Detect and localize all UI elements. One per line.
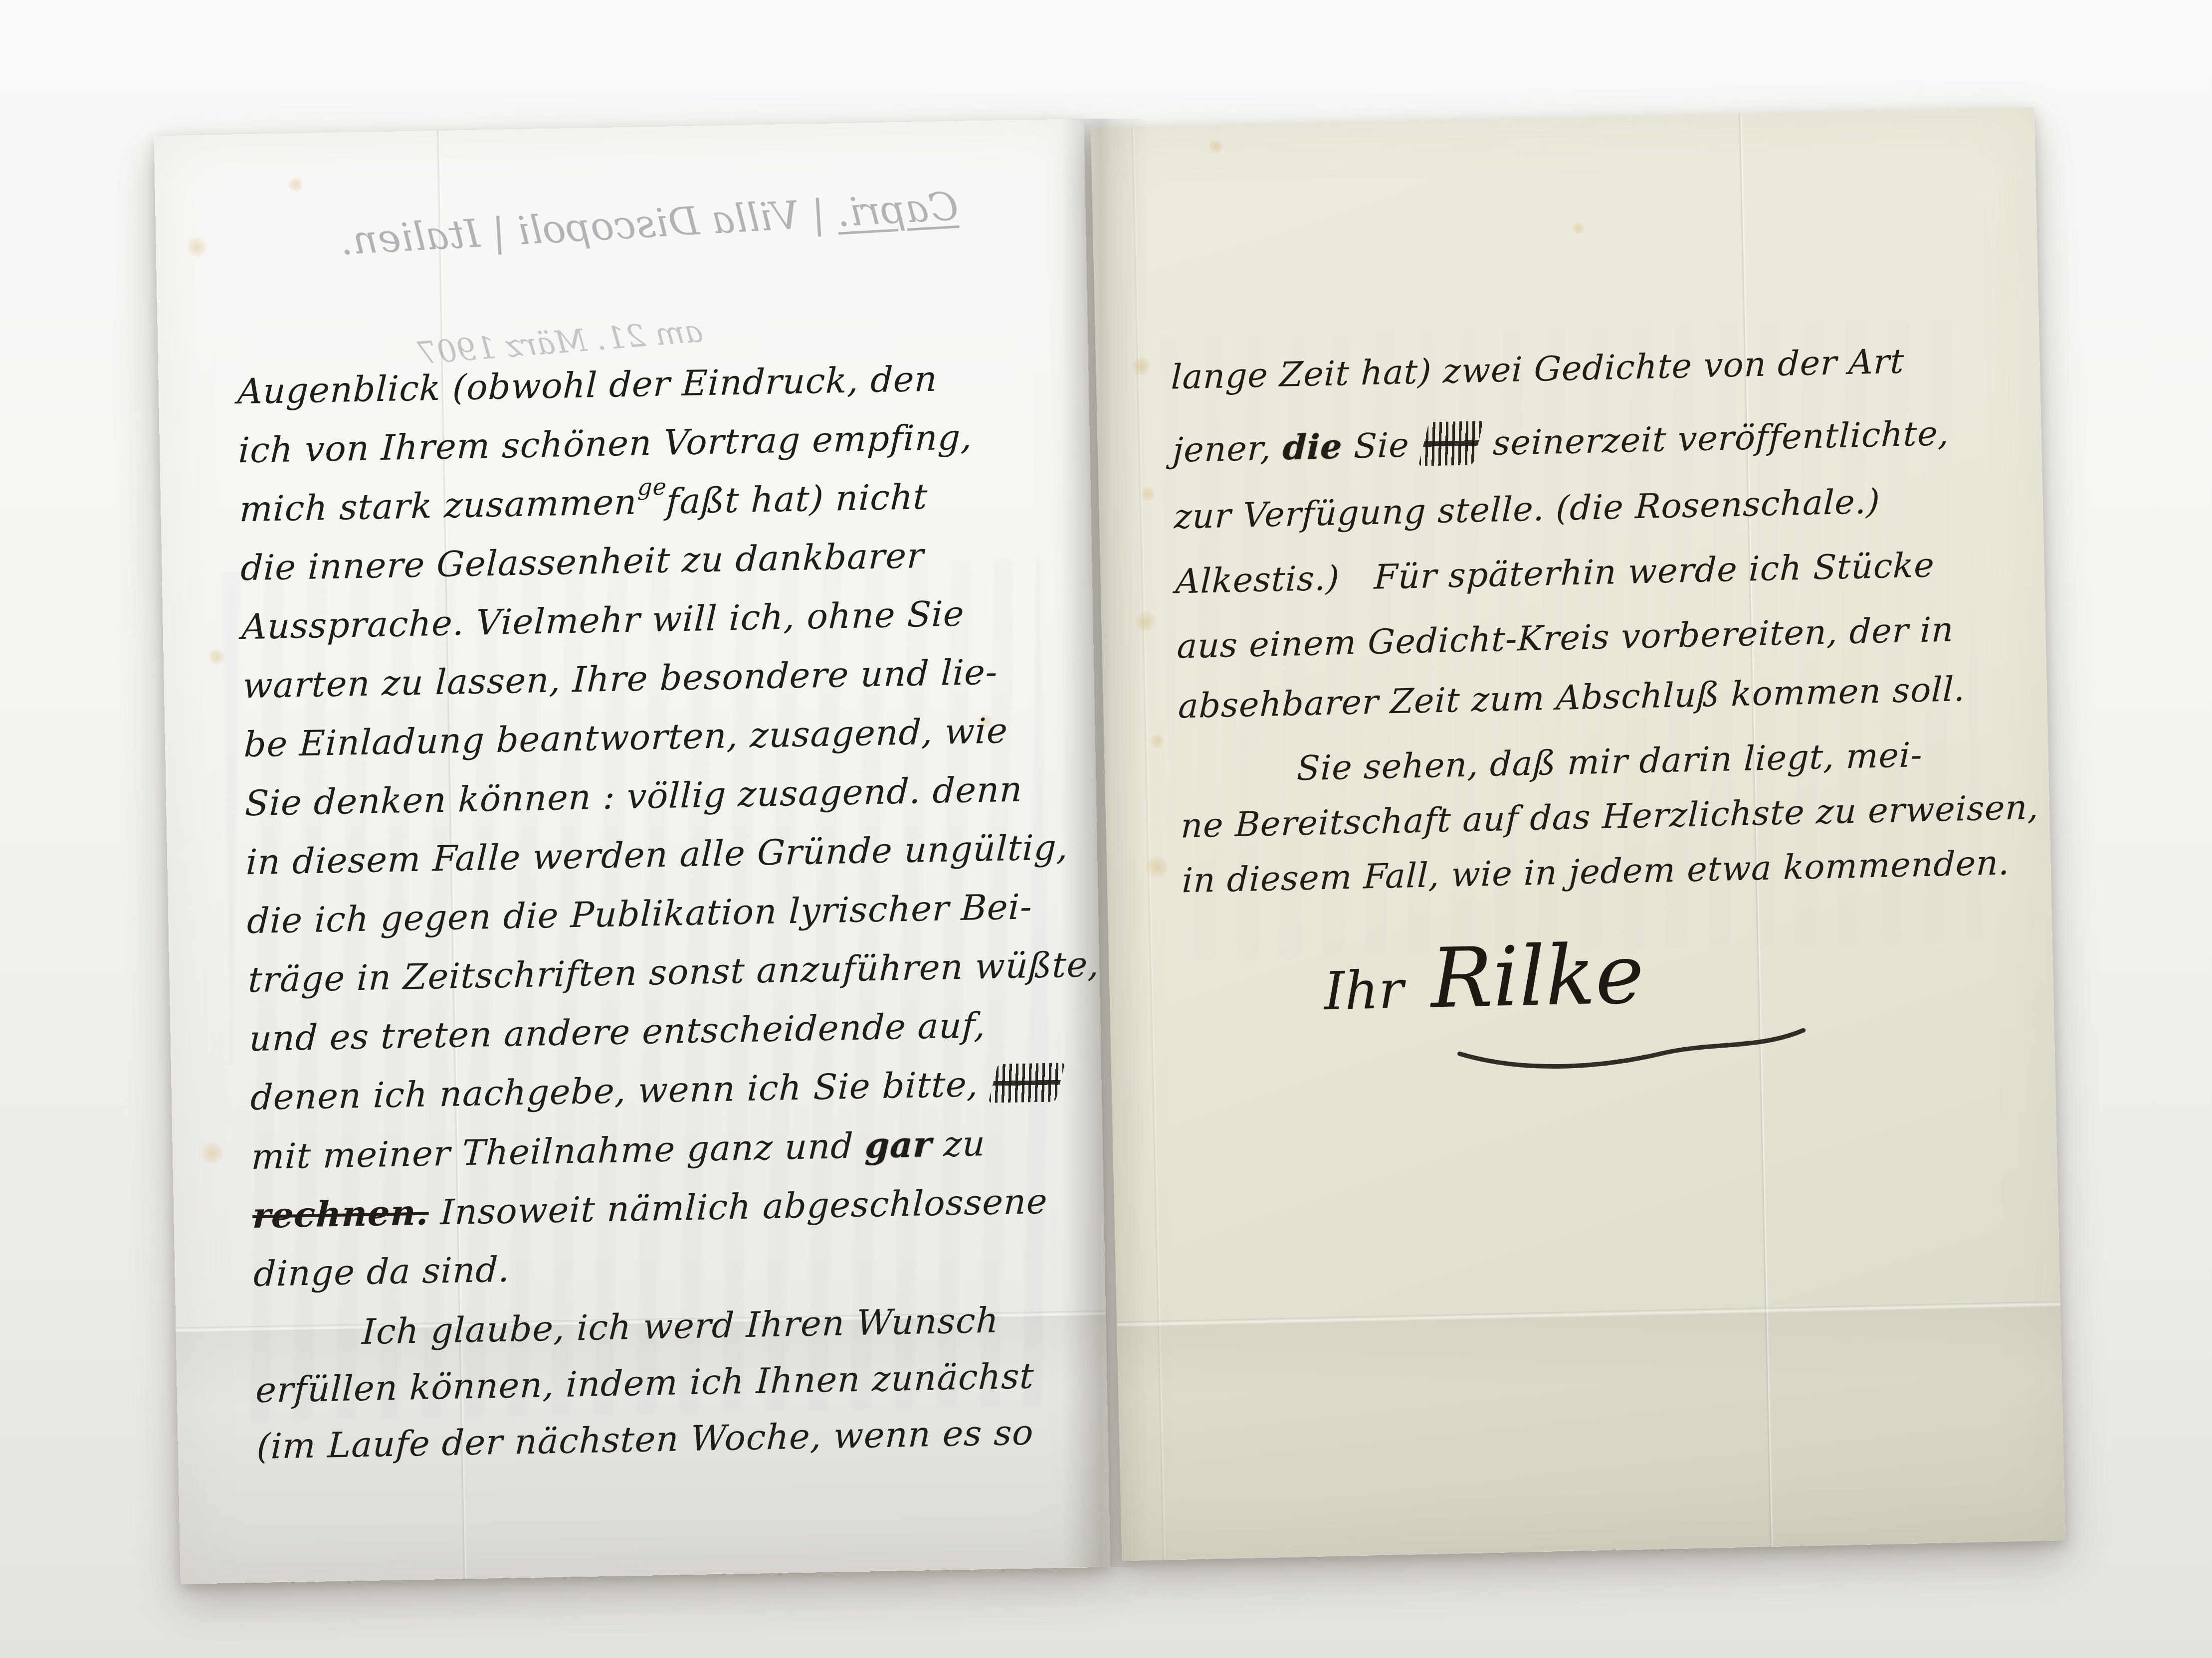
- foxing-spot: [1150, 734, 1165, 749]
- signature-flourish: [1452, 1017, 1812, 1080]
- foxing-spot: [288, 177, 304, 192]
- line-text: Sie: [1342, 425, 1421, 466]
- foxing-spot: [1572, 221, 1585, 235]
- line-text: Augenblick (obwohl der Eindruck, den: [237, 359, 938, 412]
- ghost-date: am 21. März 1907: [416, 313, 704, 371]
- ghost-place-name: Capri.: [836, 184, 960, 236]
- line-text: dinge da sind.: [253, 1249, 511, 1294]
- letter-page-right: lange Zeit hat) zwei Gedichte von der Ar…: [1091, 107, 2065, 1561]
- ink-blot: [989, 1063, 1065, 1103]
- foxing-spot: [1208, 139, 1223, 154]
- handwriting-line: ich von Ihrem schönen Vortrag empfing,: [238, 415, 1067, 471]
- ghost-address: | Villa Discopoli | Italien.: [339, 191, 838, 264]
- photo-scene: Capri. | Villa Discopoli | Italien. am 2…: [0, 0, 2212, 1658]
- ink-blot: [1418, 421, 1484, 466]
- handwriting-line: Augenblick (obwohl der Eindruck, den: [237, 356, 1066, 412]
- ghost-header: Capri. | Villa Discopoli | Italien.: [280, 181, 1019, 267]
- line-text: faßt hat) nicht: [666, 476, 929, 522]
- struck-word: rechnen.: [252, 1192, 429, 1237]
- page-gutter-shadow: [1061, 119, 1149, 1567]
- line-text: seinerzeit veröffentlichte,: [1481, 414, 1950, 464]
- letter-page-left: Capri. | Villa Discopoli | Italien. am 2…: [154, 119, 1111, 1584]
- foxing-spot: [201, 1142, 224, 1164]
- line-text: ich von Ihrem schönen Vortrag empfing,: [238, 416, 973, 471]
- signature: IhrRilke: [1323, 926, 1645, 1029]
- handwriting-line: mich stark zusammengefaßt hat) nicht: [239, 474, 1068, 530]
- paper-tone-band: [1117, 1306, 2065, 1561]
- signature-name: Rilke: [1429, 926, 1644, 1026]
- inserted-word: ge: [637, 473, 667, 501]
- foxing-spot: [1146, 855, 1169, 879]
- line-text: mich stark zusammen: [239, 482, 638, 530]
- overwritten-word: gar: [864, 1123, 933, 1166]
- signature-prefix: Ihr: [1323, 959, 1404, 1022]
- line-text: zu: [931, 1123, 986, 1165]
- foxing-spot: [208, 648, 225, 666]
- line-text: jener,: [1172, 428, 1283, 470]
- foxing-spot: [187, 237, 207, 257]
- overwritten-word: die: [1282, 427, 1343, 468]
